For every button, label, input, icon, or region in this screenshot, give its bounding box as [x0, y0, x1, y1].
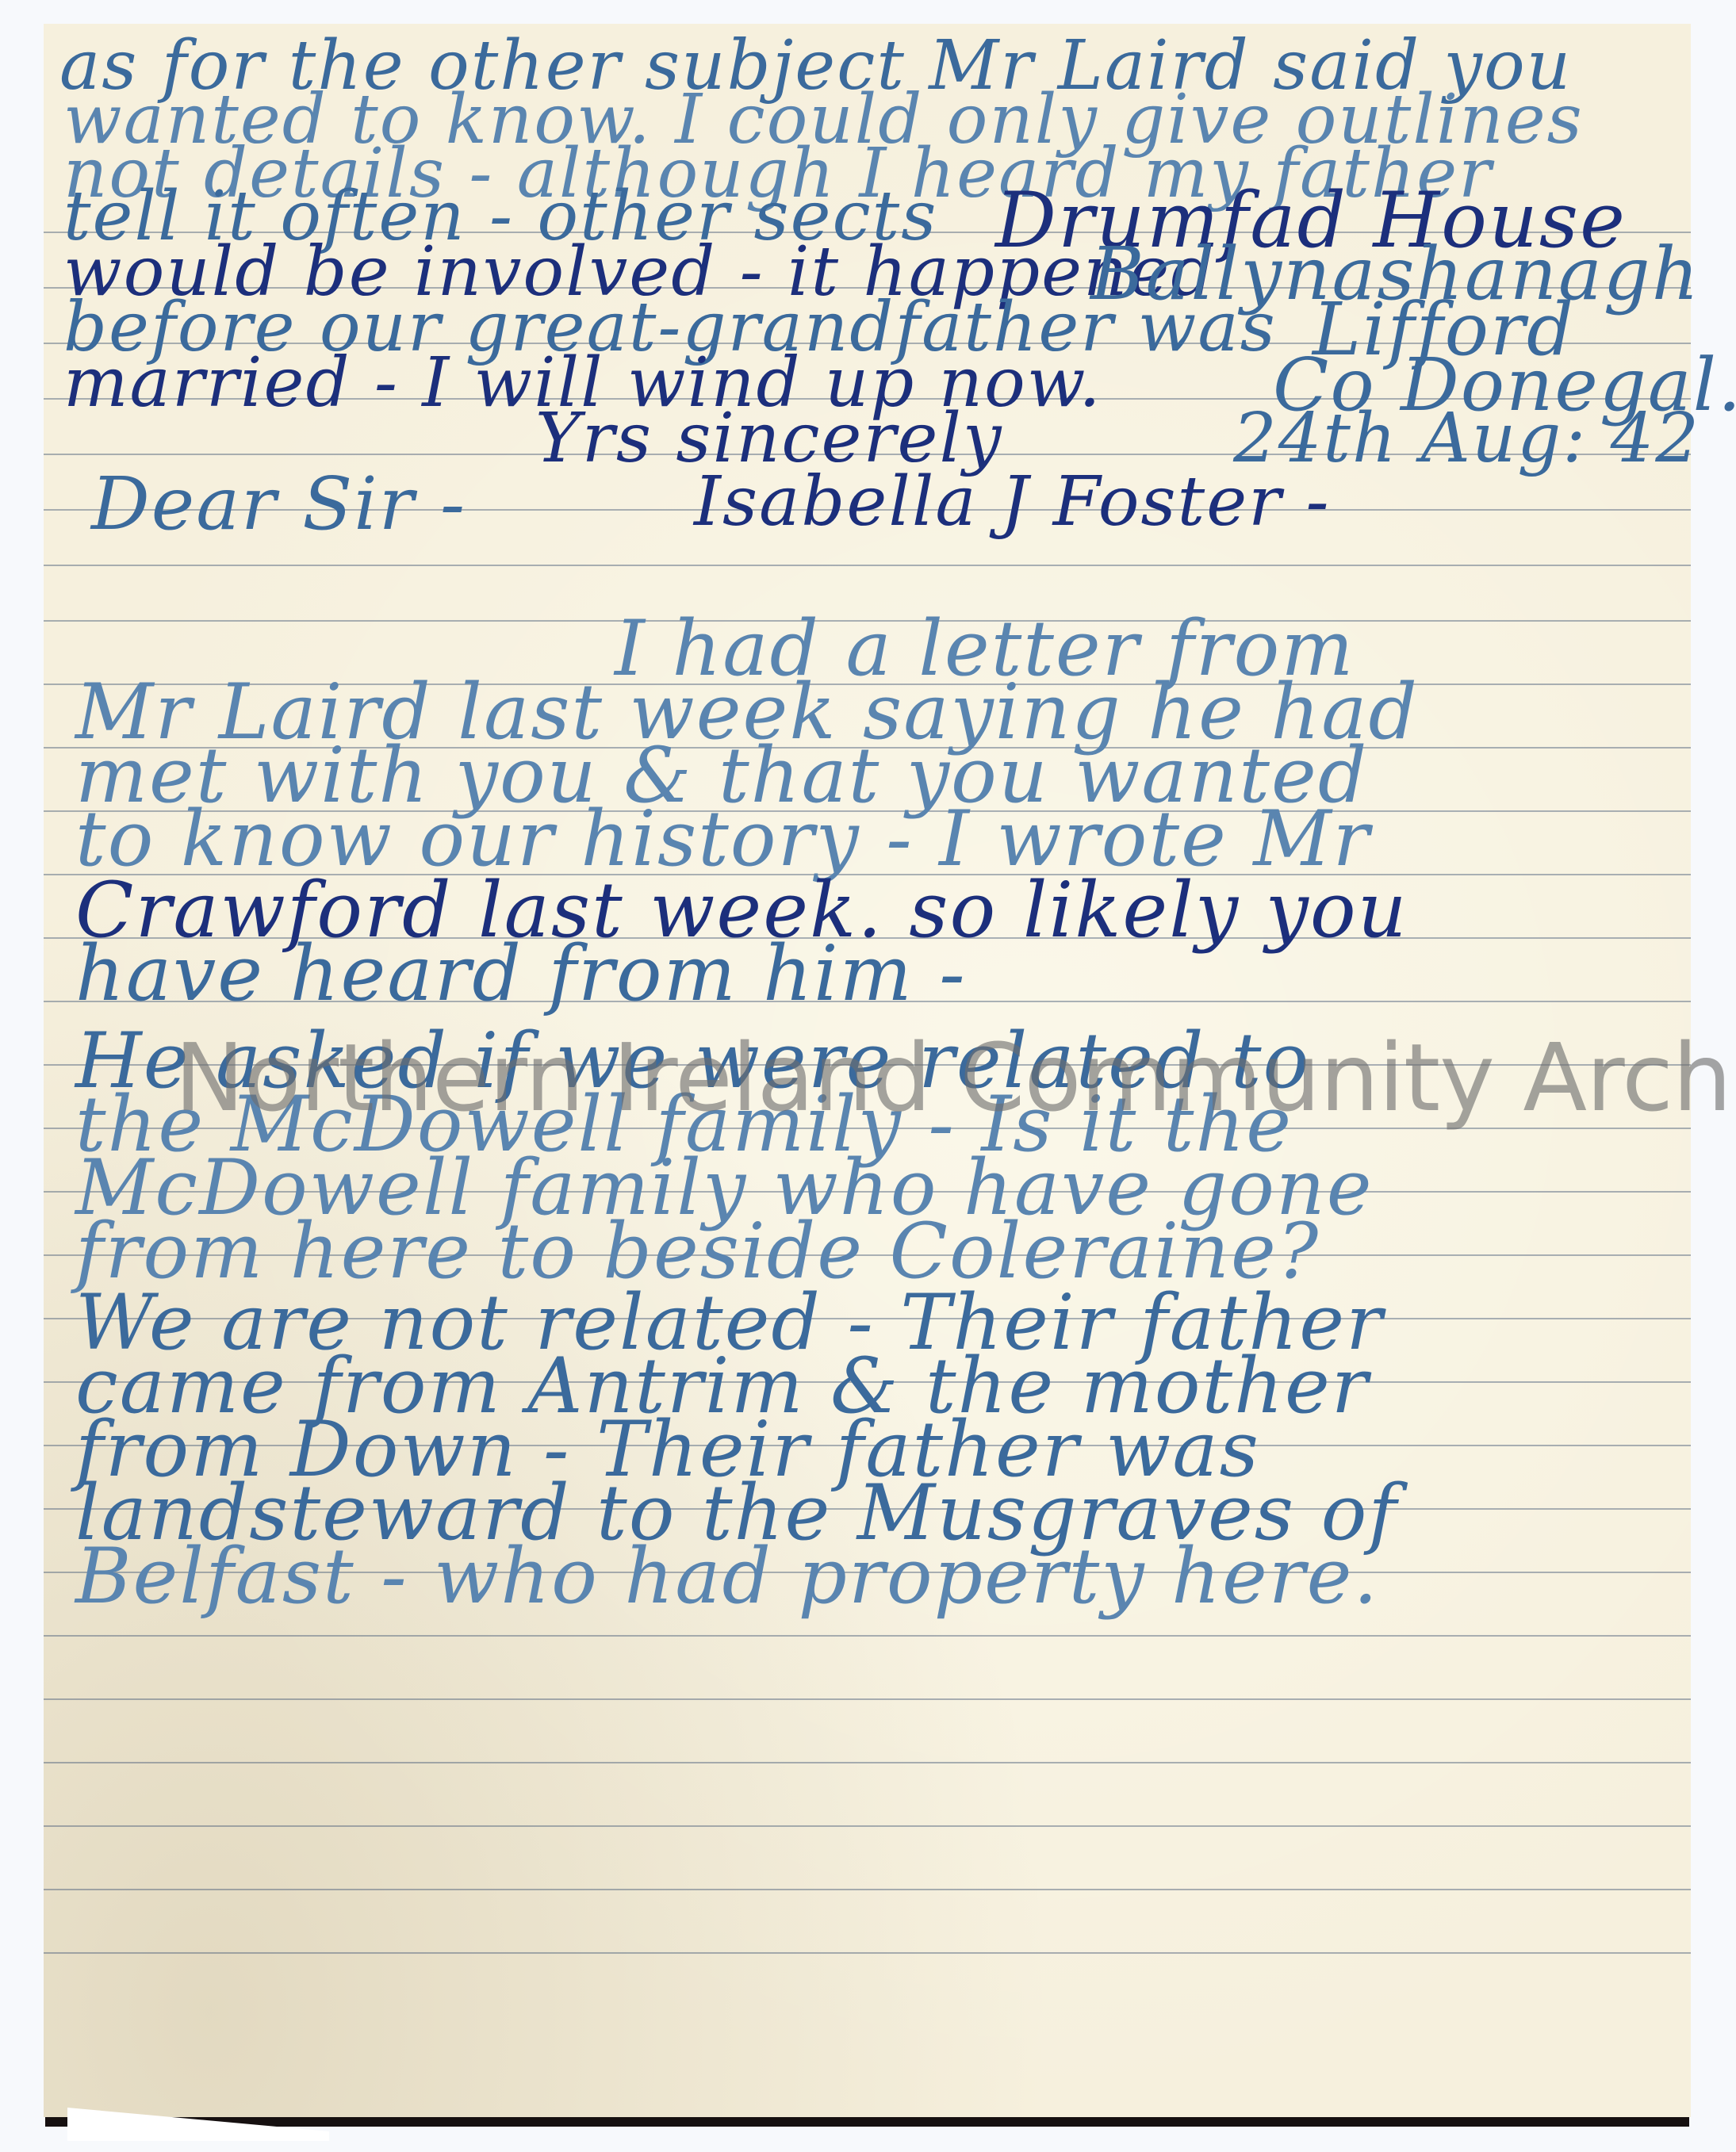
ruled-line: [44, 1889, 1691, 1890]
ruled-line: [44, 1635, 1691, 1637]
archive-watermark: Northern Ireland Community Archive: [174, 1023, 1736, 1132]
signature: Isabella J Foster -: [694, 468, 1331, 536]
ruled-line: [44, 1952, 1691, 1954]
torn-corner: [67, 2093, 329, 2141]
ruled-line: [44, 1698, 1691, 1700]
body-line: have heard from him -: [75, 936, 967, 1012]
ruled-line: [44, 565, 1691, 566]
salutation: Dear Sir -: [91, 468, 466, 541]
ruled-line: [44, 1825, 1691, 1827]
body-line: Belfast - who had property here.: [75, 1538, 1379, 1614]
ruled-line: [44, 1762, 1691, 1763]
